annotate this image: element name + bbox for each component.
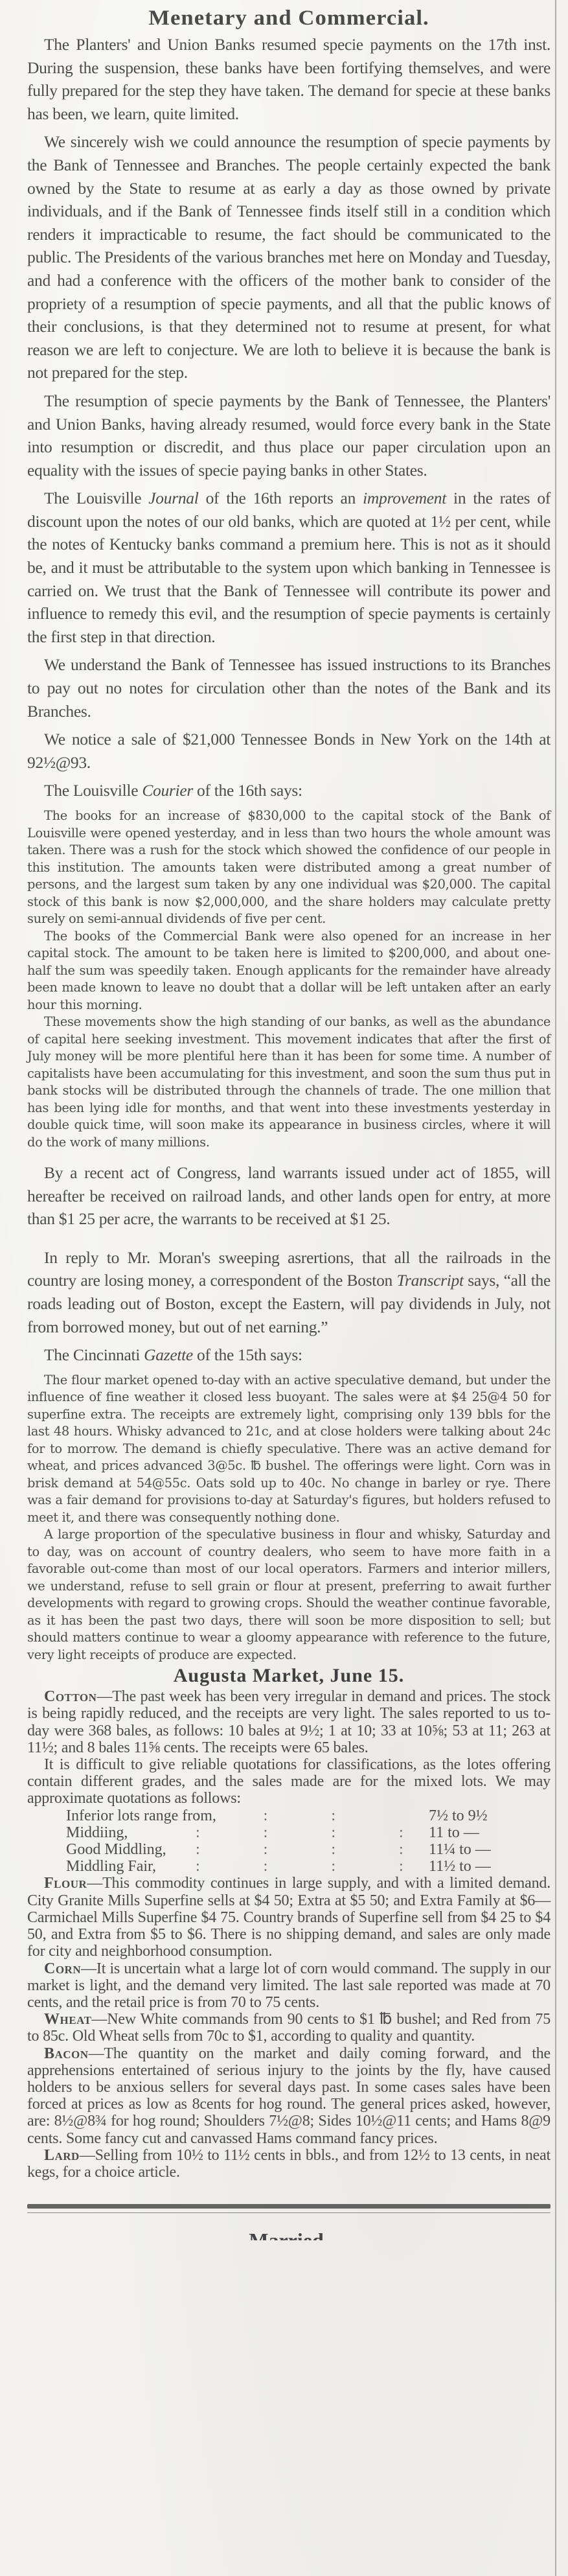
text: of the 16th reports an bbox=[199, 489, 363, 507]
next-section-heading: Married. bbox=[27, 2227, 551, 2240]
gazette-quote-paragraph: A large proportion of the speculative bu… bbox=[27, 1526, 551, 1664]
paragraph-moran-reply: In reply to Mr. Moran's sweeping asrerti… bbox=[27, 1246, 551, 1338]
text: —Selling from 10½ to 11½ cents in bbls.,… bbox=[27, 2147, 551, 2181]
text: —New White commands from 90 cents to $1 … bbox=[27, 2011, 551, 2045]
paragraph-courier-intro: The Louisville Courier of the 16th says: bbox=[27, 779, 551, 802]
leader-dots: : : : : : : : bbox=[183, 1824, 429, 1841]
text: of the 15th says: bbox=[193, 1345, 302, 1364]
commodity-label-cotton: Cotton bbox=[44, 1688, 97, 1705]
text: The Louisville bbox=[44, 489, 148, 507]
bacon-paragraph: Bacon—The quantity on the market and dai… bbox=[27, 2045, 551, 2147]
leader-dots: : : : bbox=[183, 1807, 429, 1824]
paragraph-bank-of-tennessee: We sincerely wish we could announce the … bbox=[27, 130, 551, 384]
leader-dots: : : : : : : bbox=[183, 1858, 429, 1875]
grade-label: Middiing, bbox=[66, 1824, 183, 1841]
courier-quote-paragraph: The books for an increase of $830,000 to… bbox=[27, 807, 551, 928]
newspaper-page: Menetary and Commercial. The Planters' a… bbox=[0, 0, 568, 2576]
grade-label: Inferior lots range from, bbox=[66, 1807, 183, 1824]
text: —It is uncertain what a large lot of cor… bbox=[27, 1960, 551, 2011]
article-title: Menetary and Commercial. bbox=[14, 6, 563, 30]
paragraph-land-warrants: By a recent act of Congress, land warran… bbox=[27, 1161, 551, 1231]
grade-price: 7½ to 9½ bbox=[429, 1807, 519, 1824]
column-rule bbox=[555, 0, 556, 2576]
paragraph-bonds: We notice a sale of $21,000 Tennessee Bo… bbox=[27, 728, 551, 774]
cotton-paragraph: Cotton—The past week has been very irreg… bbox=[27, 1688, 551, 1756]
text: —This commodity continues in large suppl… bbox=[27, 1875, 551, 1960]
paragraph-louisville-journal: The Louisville Journal of the 16th repor… bbox=[27, 487, 551, 648]
article-column: Menetary and Commercial. The Planters' a… bbox=[27, 0, 551, 2240]
gazette-quote-paragraph: The flour market opened to-day with an a… bbox=[27, 1372, 551, 1527]
grade-price: 11¼ to — bbox=[429, 1841, 519, 1858]
quotation-row: Middiing, : : : : : : : 11 to — bbox=[66, 1824, 519, 1841]
text: —The past week has been very irregular i… bbox=[27, 1688, 551, 1756]
lard-paragraph: Lard—Selling from 10½ to 11½ cents in bb… bbox=[27, 2147, 551, 2181]
flour-paragraph: Flour—This commodity continues in large … bbox=[27, 1875, 551, 1960]
leader-dots: : : : : : bbox=[183, 1841, 429, 1858]
section-divider-thin bbox=[27, 2212, 551, 2213]
commodity-label-bacon: Bacon bbox=[44, 2045, 89, 2062]
grade-price: 11½ to — bbox=[429, 1858, 519, 1875]
paragraph-resumption: The resumption of specie payments by the… bbox=[27, 389, 551, 482]
corn-paragraph: Corn—It is uncertain what a large lot of… bbox=[27, 1960, 551, 2012]
paragraph-gazette-intro: The Cincinnati Gazette of the 15th says: bbox=[27, 1343, 551, 1367]
quotation-row: Good Middling, : : : : : 11¼ to — bbox=[66, 1841, 519, 1858]
commodity-label-corn: Corn bbox=[44, 1960, 81, 1977]
commodity-label-lard: Lard bbox=[44, 2147, 80, 2164]
emphasis-improvement: improvement bbox=[363, 489, 446, 507]
text: of the 16th says: bbox=[193, 781, 302, 800]
courier-quote-paragraph: These movements show the high standing o… bbox=[27, 1014, 551, 1151]
quotations-intro: It is difficult to give reliable quotati… bbox=[27, 1756, 551, 1807]
text: —The quantity on the market and daily co… bbox=[27, 2045, 551, 2147]
quotation-row: Middling Fair, : : : : : : 11½ to — bbox=[66, 1858, 519, 1875]
text: The Louisville bbox=[44, 781, 142, 800]
text: in the rates of discount upon the notes … bbox=[27, 489, 551, 646]
courier-quote-paragraph: The books of the Commercial Bank were al… bbox=[27, 928, 551, 1014]
grade-price: 11 to — bbox=[429, 1824, 519, 1841]
grade-label: Good Middling, bbox=[66, 1841, 183, 1858]
newspaper-name-transcript: Transcript bbox=[396, 1271, 463, 1290]
wheat-paragraph: Wheat—New White commands from 90 cents t… bbox=[27, 2011, 551, 2045]
newspaper-name-courier: Courier bbox=[142, 781, 193, 800]
grade-label: Middling Fair, bbox=[66, 1858, 183, 1875]
section-divider-thick bbox=[27, 2204, 551, 2209]
text: The Cincinnati bbox=[44, 1345, 144, 1364]
cotton-quotations-table: Inferior lots range from, : : : 7½ to 9½… bbox=[66, 1807, 519, 1875]
commodity-label-wheat: Wheat bbox=[44, 2011, 91, 2028]
newspaper-name-journal: Journal bbox=[148, 489, 198, 507]
quotation-row: Inferior lots range from, : : : 7½ to 9½ bbox=[66, 1807, 519, 1824]
commodity-label-flour: Flour bbox=[44, 1875, 87, 1892]
newspaper-name-gazette: Gazette bbox=[144, 1345, 193, 1364]
paragraph-instructions: We understand the Bank of Tennessee has … bbox=[27, 653, 551, 723]
augusta-market-heading: Augusta Market, June 15. bbox=[27, 1665, 551, 1687]
paragraph-planters-union: The Planters' and Union Banks resumed sp… bbox=[27, 33, 551, 125]
